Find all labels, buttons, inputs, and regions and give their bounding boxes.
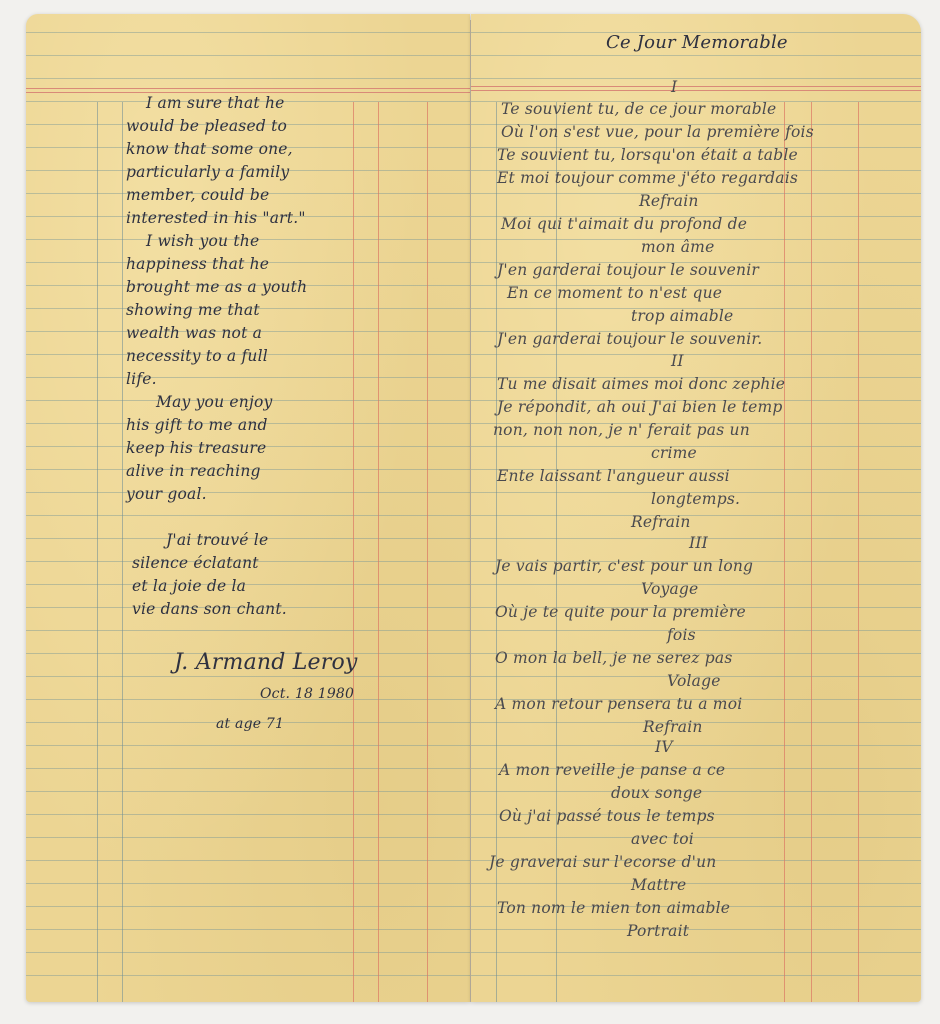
- letter-line: I am sure that he: [146, 92, 285, 115]
- lyric-line: Ton nom le mien ton aimable: [497, 897, 730, 920]
- lyric-line: non, non non, je n' ferait pas un: [493, 419, 750, 442]
- lyric-line: J'en garderai toujour le souvenir.: [497, 328, 762, 351]
- red-rule-top-2: [471, 90, 921, 91]
- column-line: [784, 102, 785, 1002]
- lyric-line: Où l'on s'est vue, pour la première fois: [501, 121, 814, 144]
- letter-line: his gift to me and: [126, 414, 268, 437]
- letter-line: interested in his "art.": [126, 207, 306, 230]
- letter-line: showing me that: [126, 299, 260, 322]
- verse-numeral: II: [671, 350, 684, 373]
- margin-line: [122, 102, 123, 1002]
- letter-line: know that some one,: [126, 138, 293, 161]
- lyric-line: Je vais partir, c'est pour un long: [495, 555, 753, 578]
- margin-line: [97, 102, 98, 1002]
- lyric-line: Moi qui t'aimait du profond de: [501, 213, 747, 236]
- letter-line: happiness that he: [126, 253, 269, 276]
- verse-numeral: IV: [655, 736, 673, 759]
- lyric-line: Où j'ai passé tous le temps: [499, 805, 715, 828]
- letter-line: would be pleased to: [126, 115, 287, 138]
- signature-date: Oct. 18 1980: [260, 686, 354, 702]
- refrain-label: Refrain: [643, 716, 703, 739]
- lyric-line: mon âme: [641, 236, 714, 259]
- lyric-line: crime: [651, 442, 697, 465]
- letter-line: May you enjoy: [156, 391, 272, 414]
- lyric-line: En ce moment to n'est que: [507, 282, 722, 305]
- letter-line: wealth was not a: [126, 322, 262, 345]
- letter-line: your goal.: [126, 483, 207, 506]
- lyric-line: trop aimable: [631, 305, 733, 328]
- verse-numeral: I: [671, 76, 677, 99]
- lyric-line: Et moi toujour comme j'éto regardais: [497, 167, 798, 190]
- song-title: Ce Jour Memorable: [606, 32, 788, 53]
- letter-line: particularly a family: [126, 161, 289, 184]
- letter-line: J'ai trouvé le: [166, 529, 268, 552]
- lyric-line: Te souvient tu, lorsqu'on était a table: [497, 144, 798, 167]
- letter-line: alive in reaching: [126, 460, 261, 483]
- column-line: [427, 102, 428, 1002]
- lyric-line: Ente laissant l'angueur aussi: [497, 465, 730, 488]
- lyric-line: O mon la bell, je ne serez pas: [495, 647, 732, 670]
- lyric-line: Portrait: [627, 920, 689, 943]
- lyric-line: doux songe: [611, 782, 702, 805]
- red-rule-top: [26, 88, 470, 89]
- letter-line: necessity to a full: [126, 345, 268, 368]
- lyric-line: Te souvient tu, de ce jour morable: [501, 98, 776, 121]
- lyric-line: Je graverai sur l'ecorse d'un: [489, 851, 716, 874]
- red-rule-top: [471, 86, 921, 87]
- refrain-label: Refrain: [631, 511, 691, 534]
- letter-line: silence éclatant: [132, 552, 259, 575]
- lyric-line: Mattre: [631, 874, 686, 897]
- letter-line: vie dans son chant.: [132, 598, 287, 621]
- column-line: [353, 102, 354, 1002]
- lyric-line: Tu me disait aimes moi donc zephie: [497, 373, 785, 396]
- letter-line: keep his treasure: [126, 437, 266, 460]
- lyric-line: Je répondit, ah oui J'ai bien le temp: [497, 396, 782, 419]
- letter-line: member, could be: [126, 184, 269, 207]
- column-line: [858, 102, 859, 1002]
- verse-numeral: III: [689, 532, 708, 555]
- signature-age: at age 71: [216, 716, 284, 732]
- lyric-line: Volage: [667, 670, 721, 693]
- lyric-line: J'en garderai toujour le souvenir: [497, 259, 759, 282]
- letter-line: I wish you the: [146, 230, 259, 253]
- lyric-line: avec toi: [631, 828, 694, 851]
- letter-line: et la joie de la: [132, 575, 246, 598]
- letter-line: life.: [126, 368, 157, 391]
- column-line: [811, 102, 812, 1002]
- left-page: I am sure that he would be pleased to kn…: [26, 14, 470, 1002]
- lyric-line: A mon reveille je panse a ce: [499, 759, 725, 782]
- column-line: [378, 102, 379, 1002]
- letter-line: brought me as a youth: [126, 276, 307, 299]
- lyric-line: fois: [667, 624, 696, 647]
- lyric-line: Où je te quite pour la première: [495, 601, 746, 624]
- right-page: Ce Jour Memorable I Te souvient tu, de c…: [471, 14, 921, 1002]
- lyric-line: Voyage: [641, 578, 698, 601]
- lyric-line: A mon retour pensera tu a moi: [495, 693, 742, 716]
- refrain-label: Refrain: [639, 190, 699, 213]
- lyric-line: longtemps.: [651, 488, 740, 511]
- signature: J. Armand Leroy: [174, 650, 358, 675]
